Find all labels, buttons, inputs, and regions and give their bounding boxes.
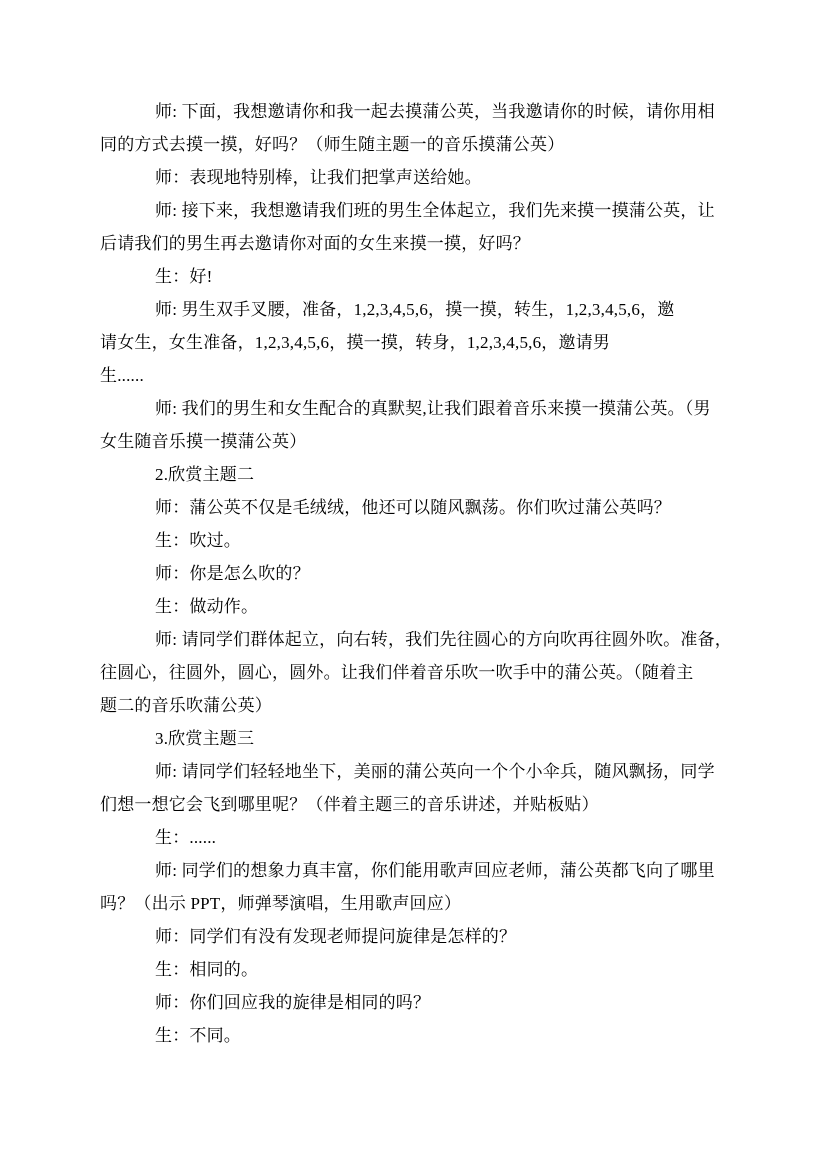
text-line: 后请我们的男生再去邀请你对面的女生来摸一摸，好吗？ xyxy=(100,227,760,260)
text-line: 生：好! xyxy=(100,260,760,293)
text-line: 们想一想它会飞到哪里呢？（伴着主题三的音乐讲述，并贴板贴） xyxy=(100,788,760,821)
text-line: 生：不同。 xyxy=(100,1019,760,1052)
text-line: 师: 请同学们群体起立，向右转，我们先往圆心的方向吹再往圆外吹。准备， xyxy=(100,623,760,656)
text-line: 师：蒲公英不仅是毛绒绒，他还可以随风飘荡。你们吹过蒲公英吗？ xyxy=(100,491,760,524)
document-text-block: 师: 下面，我想邀请你和我一起去摸蒲公英，当我邀请你的时候，请你用相同的方式去摸… xyxy=(100,95,760,1052)
text-line: 师：同学们有没有发现老师提问旋律是怎样的？ xyxy=(100,920,760,953)
text-line: 师: 请同学们轻轻地坐下，美丽的蒲公英向一个个小伞兵，随风飘扬，同学 xyxy=(100,755,760,788)
text-line: 师: 男生双手叉腰，准备，1,2,3,4,5,6，摸一摸，转生，1,2,3,4,… xyxy=(100,293,760,326)
text-line: 生：相同的。 xyxy=(100,953,760,986)
text-line: 请女生，女生准备，1,2,3,4,5,6，摸一摸，转身，1,2,3,4,5,6，… xyxy=(100,326,760,359)
text-line: 师: 同学们的想象力真丰富，你们能用歌声回应老师，蒲公英都飞向了哪里 xyxy=(100,854,760,887)
text-line: 同的方式去摸一摸，好吗？（师生随主题一的音乐摸蒲公英） xyxy=(100,128,760,161)
text-line: 师: 接下来，我想邀请我们班的男生全体起立，我们先来摸一摸蒲公英，让 xyxy=(100,194,760,227)
text-line: 师：表现地特别棒，让我们把掌声送给她。 xyxy=(100,161,760,194)
text-line: 2.欣赏主题二 xyxy=(100,458,760,491)
text-line: 师: 下面，我想邀请你和我一起去摸蒲公英，当我邀请你的时候，请你用相 xyxy=(100,95,760,128)
text-line: 题二的音乐吹蒲公英） xyxy=(100,689,760,722)
text-line: 师：你是怎么吹的？ xyxy=(100,557,760,590)
text-line: 生...... xyxy=(100,359,760,392)
text-line: 3.欣赏主题三 xyxy=(100,722,760,755)
text-line: 生：做动作。 xyxy=(100,590,760,623)
text-line: 女生随音乐摸一摸蒲公英） xyxy=(100,425,760,458)
text-line: 师: 我们的男生和女生配合的真默契,让我们跟着音乐来摸一摸蒲公英。（男 xyxy=(100,392,760,425)
text-line: 吗？（出示 PPT，师弹琴演唱，生用歌声回应） xyxy=(100,887,760,920)
text-line: 生：...... xyxy=(100,821,760,854)
text-line: 往圆心，往圆外，圆心，圆外。让我们伴着音乐吹一吹手中的蒲公英。（随着主 xyxy=(100,656,760,689)
text-line: 师：你们回应我的旋律是相同的吗？ xyxy=(100,986,760,1019)
text-line: 生：吹过。 xyxy=(100,524,760,557)
document-page: 师: 下面，我想邀请你和我一起去摸蒲公英，当我邀请你的时候，请你用相同的方式去摸… xyxy=(0,0,827,1170)
